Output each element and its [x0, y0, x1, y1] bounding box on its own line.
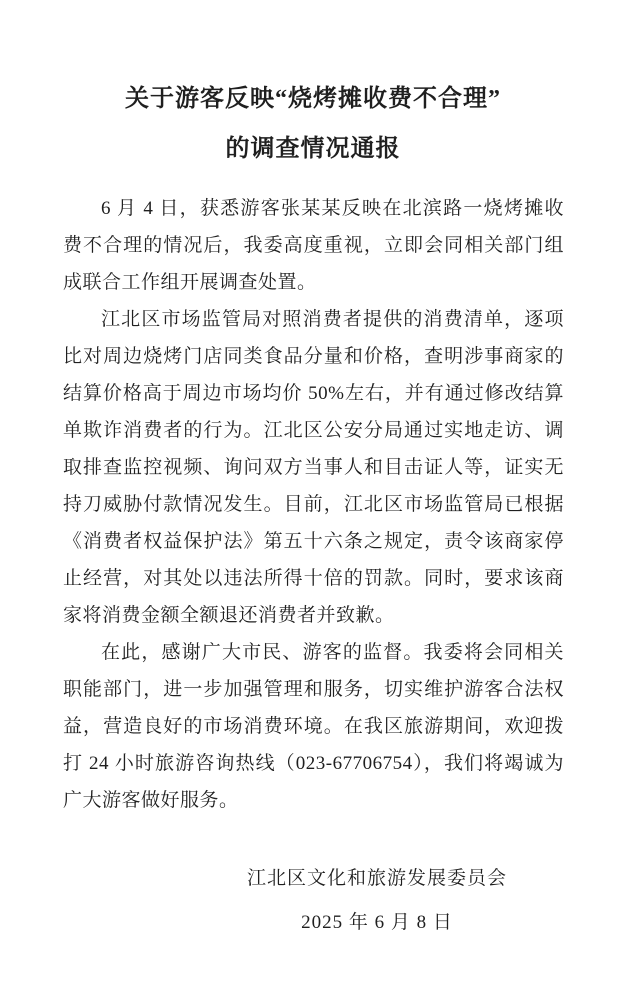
document-title: 关于游客反映“烧烤摊收费不合理” 的调查情况通报	[0, 0, 626, 174]
paragraph-thanks-and-hotline: 在此，感谢广大市民、游客的监督。我委将会同相关职能部门，进一步加强管理和服务，切…	[63, 634, 564, 819]
issue-date: 2025 年 6 月 8 日	[128, 901, 626, 945]
issuing-authority: 江北区文化和旅游发展委员会	[128, 857, 626, 901]
paragraph-findings-and-penalty: 江北区市场监管局对照消费者提供的消费清单，逐项比对周边烧烤门店同类食品分量和价格…	[63, 301, 564, 634]
document-page: 关于游客反映“烧烤摊收费不合理” 的调查情况通报 6 月 4 日，获悉游客张某某…	[0, 0, 626, 999]
title-line-2: 的调查情况通报	[40, 124, 586, 174]
document-body: 6 月 4 日，获悉游客张某某反映在北滨路一烧烤摊收费不合理的情况后，我委高度重…	[63, 190, 564, 819]
title-line-1: 关于游客反映“烧烤摊收费不合理”	[40, 74, 586, 124]
signature-block: 江北区文化和旅游发展委员会 2025 年 6 月 8 日	[0, 857, 626, 945]
paragraph-investigation-start: 6 月 4 日，获悉游客张某某反映在北滨路一烧烤摊收费不合理的情况后，我委高度重…	[63, 190, 564, 301]
